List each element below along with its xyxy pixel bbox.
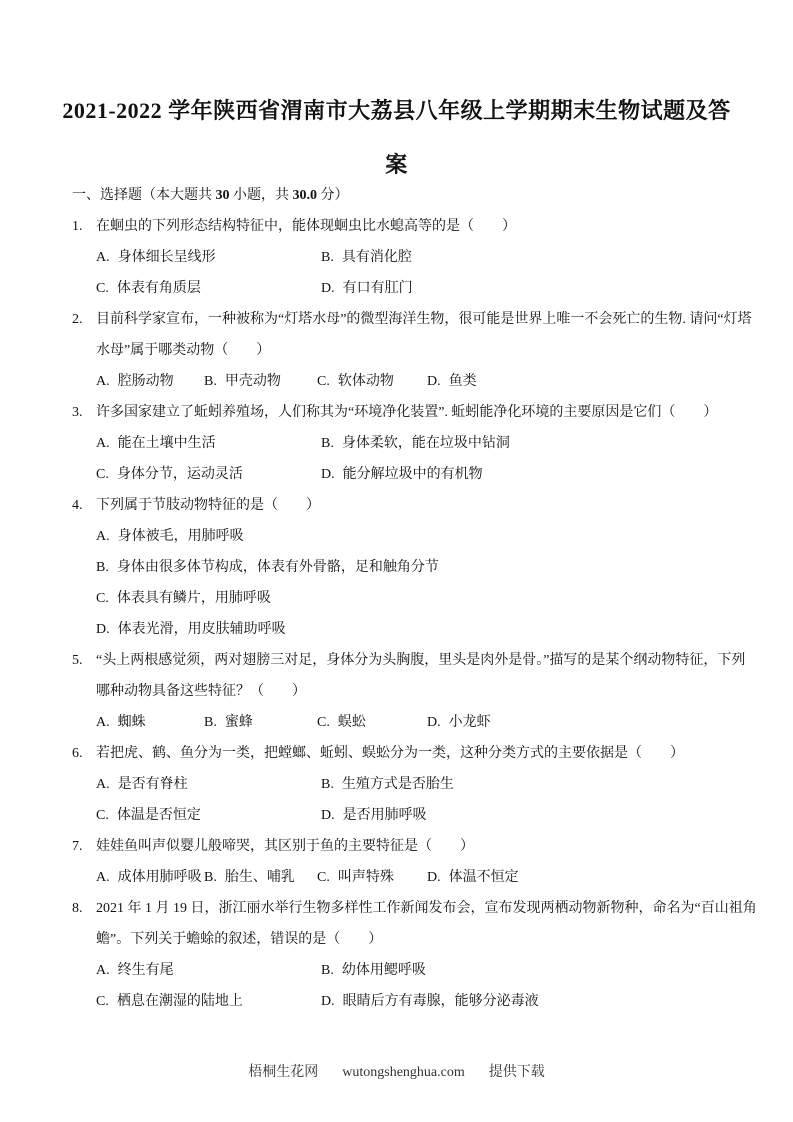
option-label: C. (317, 862, 330, 893)
option-text: 身体由很多体节构成，体表有外骨骼，足和触角分节 (117, 560, 439, 575)
option-label: C. (96, 273, 109, 304)
section-heading: 一、选择题（本大题共 30 小题，共 30.0 分） (72, 180, 757, 211)
option-label: A. (96, 366, 110, 397)
question-stem: 许多国家建立了蚯蚓养殖场，人们称其为“环境净化装置”. 蚯蚓能净化环境的主要原因… (96, 397, 757, 428)
option-text: 身体柔软，能在垃圾中钻洞 (342, 436, 510, 451)
option-text: 身体被毛，用肺呼吸 (118, 529, 244, 544)
option-label: A. (96, 769, 110, 800)
option-d: D.体温不恒定 (427, 862, 757, 893)
option-text: 叫声特殊 (338, 870, 394, 885)
section-heading-text: 一、选择题（本大题共 (72, 188, 216, 203)
option-label: C. (96, 583, 109, 614)
option-a: A.身体细长呈线形 (96, 242, 321, 273)
section-heading-text: 分） (317, 188, 349, 203)
option-d: D.小龙虾 (427, 707, 757, 738)
option-text: 生殖方式是否胎生 (342, 777, 454, 792)
option-label: B. (321, 769, 334, 800)
option-a: A.成体用肺呼吸 (96, 862, 204, 893)
option-d: D.体表光滑，用皮肤辅助呼吸 (96, 614, 757, 645)
option-text: 蜜蜂 (225, 715, 253, 730)
option-d: D.眼睛后方有毒腺，能够分泌毒液 (321, 986, 757, 1017)
option-text: 蜘蛛 (118, 715, 146, 730)
option-a: A.身体被毛，用肺呼吸 (96, 521, 757, 552)
option-text: 能在土壤中生活 (118, 436, 216, 451)
question-8: 8. 2021 年 1 月 19 日，浙江丽水举行生物多样性工作新闻发布会，宣布… (72, 893, 757, 1017)
option-label: D. (427, 862, 441, 893)
question-3: 3. 许多国家建立了蚯蚓养殖场，人们称其为“环境净化装置”. 蚯蚓能净化环境的主… (72, 397, 757, 490)
option-label: D. (321, 459, 335, 490)
option-b: B.蜜蜂 (204, 707, 317, 738)
footer-site-name: 梧桐生花网 (248, 1065, 318, 1080)
option-text: 小龙虾 (449, 715, 491, 730)
question-number: 5. (72, 645, 96, 676)
document-page: 2021-2022 学年陕西省渭南市大荔县八年级上学期期末生物试题及答 案 一、… (0, 0, 793, 1122)
option-text: 成体用肺呼吸 (118, 870, 202, 885)
question-stem: 目前科学家宣布，一种被称为“灯塔水母”的微型海洋生物，很可能是世界上唯一不会死亡… (96, 304, 757, 366)
option-c: C.蜈蚣 (317, 707, 427, 738)
option-text: 身体细长呈线形 (118, 250, 216, 265)
option-c: C.体表具有鳞片，用肺呼吸 (96, 583, 757, 614)
option-text: 终生有尾 (118, 963, 174, 978)
option-text: 甲壳动物 (225, 374, 281, 389)
option-c: C.身体分节，运动灵活 (96, 459, 321, 490)
option-b: B.具有消化腔 (321, 242, 757, 273)
option-d: D.是否用肺呼吸 (321, 800, 757, 831)
option-label: D. (96, 614, 110, 645)
option-text: 鱼类 (449, 374, 477, 389)
options-list: A.身体被毛，用肺呼吸 B.身体由很多体节构成，体表有外骨骼，足和触角分节 C.… (96, 521, 757, 645)
option-text: 腔肠动物 (118, 374, 174, 389)
option-label: A. (96, 521, 110, 552)
option-c: C.体温是否恒定 (96, 800, 321, 831)
question-stem: 2021 年 1 月 19 日，浙江丽水举行生物多样性工作新闻发布会，宣布发现两… (96, 893, 757, 955)
options-grid: A.腔肠动物 B.甲壳动物 C.软体动物 D.鱼类 (96, 366, 757, 397)
option-d: D.有口有肛门 (321, 273, 757, 304)
options-grid: A.蜘蛛 B.蜜蜂 C.蜈蚣 D.小龙虾 (96, 707, 757, 738)
option-label: A. (96, 955, 110, 986)
option-text: 体表有角质层 (117, 281, 201, 296)
option-label: C. (96, 986, 109, 1017)
option-b: B.生殖方式是否胎生 (321, 769, 757, 800)
question-number: 6. (72, 738, 96, 769)
option-label: D. (321, 986, 335, 1017)
options-grid: A.身体细长呈线形 B.具有消化腔 C.体表有角质层 D.有口有肛门 (96, 242, 757, 304)
option-c: C.体表有角质层 (96, 273, 321, 304)
option-label: B. (321, 242, 334, 273)
option-label: A. (96, 428, 110, 459)
option-label: D. (427, 366, 441, 397)
option-c: C.叫声特殊 (317, 862, 427, 893)
page-title: 2021-2022 学年陕西省渭南市大荔县八年级上学期期末生物试题及答 案 (0, 0, 793, 192)
option-label: D. (321, 273, 335, 304)
option-b: B.幼体用鳃呼吸 (321, 955, 757, 986)
question-6: 6. 若把虎、鹤、鱼分为一类，把螳螂、蚯蚓、蜈蚣分为一类，这种分类方式的主要依据… (72, 738, 757, 831)
question-number: 4. (72, 490, 96, 521)
option-a: A.终生有尾 (96, 955, 321, 986)
option-label: B. (204, 862, 217, 893)
option-text: 有口有肛门 (343, 281, 413, 296)
question-number: 8. (72, 893, 96, 924)
section-total-score: 30.0 (293, 188, 318, 203)
option-text: 体表具有鳞片，用肺呼吸 (117, 591, 271, 606)
option-label: C. (317, 707, 330, 738)
option-c: C.栖息在潮湿的陆地上 (96, 986, 321, 1017)
option-label: B. (204, 366, 217, 397)
option-b: B.胎生、哺乳 (204, 862, 317, 893)
question-stem: 下列属于节肢动物特征的是（ ） (96, 490, 757, 521)
question-7: 7. 娃娃鱼叫声似婴儿般啼哭，其区别于鱼的主要特征是（ ） A.成体用肺呼吸 B… (72, 831, 757, 893)
option-label: A. (96, 862, 110, 893)
option-label: A. (96, 242, 110, 273)
option-b: B.身体由很多体节构成，体表有外骨骼，足和触角分节 (96, 552, 757, 583)
option-label: B. (204, 707, 217, 738)
option-text: 身体分节，运动灵活 (117, 467, 243, 482)
option-a: A.蜘蛛 (96, 707, 204, 738)
option-label: D. (321, 800, 335, 831)
option-a: A.腔肠动物 (96, 366, 204, 397)
option-text: 能分解垃圾中的有机物 (343, 467, 483, 482)
option-label: D. (427, 707, 441, 738)
option-text: 体温不恒定 (449, 870, 519, 885)
question-2: 2. 目前科学家宣布，一种被称为“灯塔水母”的微型海洋生物，很可能是世界上唯一不… (72, 304, 757, 397)
option-text: 幼体用鳃呼吸 (342, 963, 426, 978)
option-text: 软体动物 (338, 374, 394, 389)
option-text: 具有消化腔 (342, 250, 412, 265)
option-a: A.能在土壤中生活 (96, 428, 321, 459)
options-grid: A.是否有脊柱 B.生殖方式是否胎生 C.体温是否恒定 D.是否用肺呼吸 (96, 769, 757, 831)
question-stem: 在蛔虫的下列形态结构特征中，能体现蛔虫比水螅高等的是（ ） (96, 211, 757, 242)
options-grid: A.能在土壤中生活 B.身体柔软，能在垃圾中钻洞 C.身体分节，运动灵活 D.能… (96, 428, 757, 490)
section-question-count: 30 (216, 188, 230, 203)
section-heading-text: 小题，共 (230, 188, 293, 203)
question-stem: “头上两根感觉须，两对翅膀三对足，身体分为头胸腹，里头是肉外是骨。”描写的是某个… (96, 645, 757, 707)
option-text: 体表光滑，用皮肤辅助呼吸 (118, 622, 286, 637)
options-grid: A.终生有尾 B.幼体用鳃呼吸 C.栖息在潮湿的陆地上 D.眼睛后方有毒腺，能够… (96, 955, 757, 1017)
option-b: B.身体柔软，能在垃圾中钻洞 (321, 428, 757, 459)
option-label: C. (96, 459, 109, 490)
option-text: 胎生、哺乳 (225, 870, 295, 885)
options-grid: A.成体用肺呼吸 B.胎生、哺乳 C.叫声特殊 D.体温不恒定 (96, 862, 757, 893)
option-text: 是否用肺呼吸 (343, 808, 427, 823)
option-label: B. (96, 552, 109, 583)
option-a: A.是否有脊柱 (96, 769, 321, 800)
option-label: A. (96, 707, 110, 738)
option-label: C. (317, 366, 330, 397)
question-number: 2. (72, 304, 96, 335)
option-d: D.能分解垃圾中的有机物 (321, 459, 757, 490)
question-number: 1. (72, 211, 96, 242)
option-text: 眼睛后方有毒腺，能够分泌毒液 (343, 994, 539, 1009)
option-text: 是否有脊柱 (118, 777, 188, 792)
question-stem: 若把虎、鹤、鱼分为一类，把螳螂、蚯蚓、蜈蚣分为一类，这种分类方式的主要依据是（ … (96, 738, 757, 769)
option-text: 栖息在潮湿的陆地上 (117, 994, 243, 1009)
option-d: D.鱼类 (427, 366, 757, 397)
question-4: 4. 下列属于节肢动物特征的是（ ） A.身体被毛，用肺呼吸 B.身体由很多体节… (72, 490, 757, 645)
footer-download-text: 提供下载 (489, 1065, 545, 1080)
option-label: B. (321, 955, 334, 986)
option-label: C. (96, 800, 109, 831)
footer: 梧桐生花网wutongshenghua.com提供下载 (0, 1058, 793, 1088)
option-b: B.甲壳动物 (204, 366, 317, 397)
question-number: 7. (72, 831, 96, 862)
question-number: 3. (72, 397, 96, 428)
option-text: 蜈蚣 (338, 715, 366, 730)
page-title-line-1: 2021-2022 学年陕西省渭南市大荔县八年级上学期期末生物试题及答 (0, 84, 793, 138)
question-5: 5. “头上两根感觉须，两对翅膀三对足，身体分为头胸腹，里头是肉外是骨。”描写的… (72, 645, 757, 738)
option-text: 体温是否恒定 (117, 808, 201, 823)
footer-site-url: wutongshenghua.com (342, 1065, 464, 1080)
question-stem: 娃娃鱼叫声似婴儿般啼哭，其区别于鱼的主要特征是（ ） (96, 831, 757, 862)
question-1: 1. 在蛔虫的下列形态结构特征中，能体现蛔虫比水螅高等的是（ ） A.身体细长呈… (72, 211, 757, 304)
option-label: B. (321, 428, 334, 459)
option-c: C.软体动物 (317, 366, 427, 397)
